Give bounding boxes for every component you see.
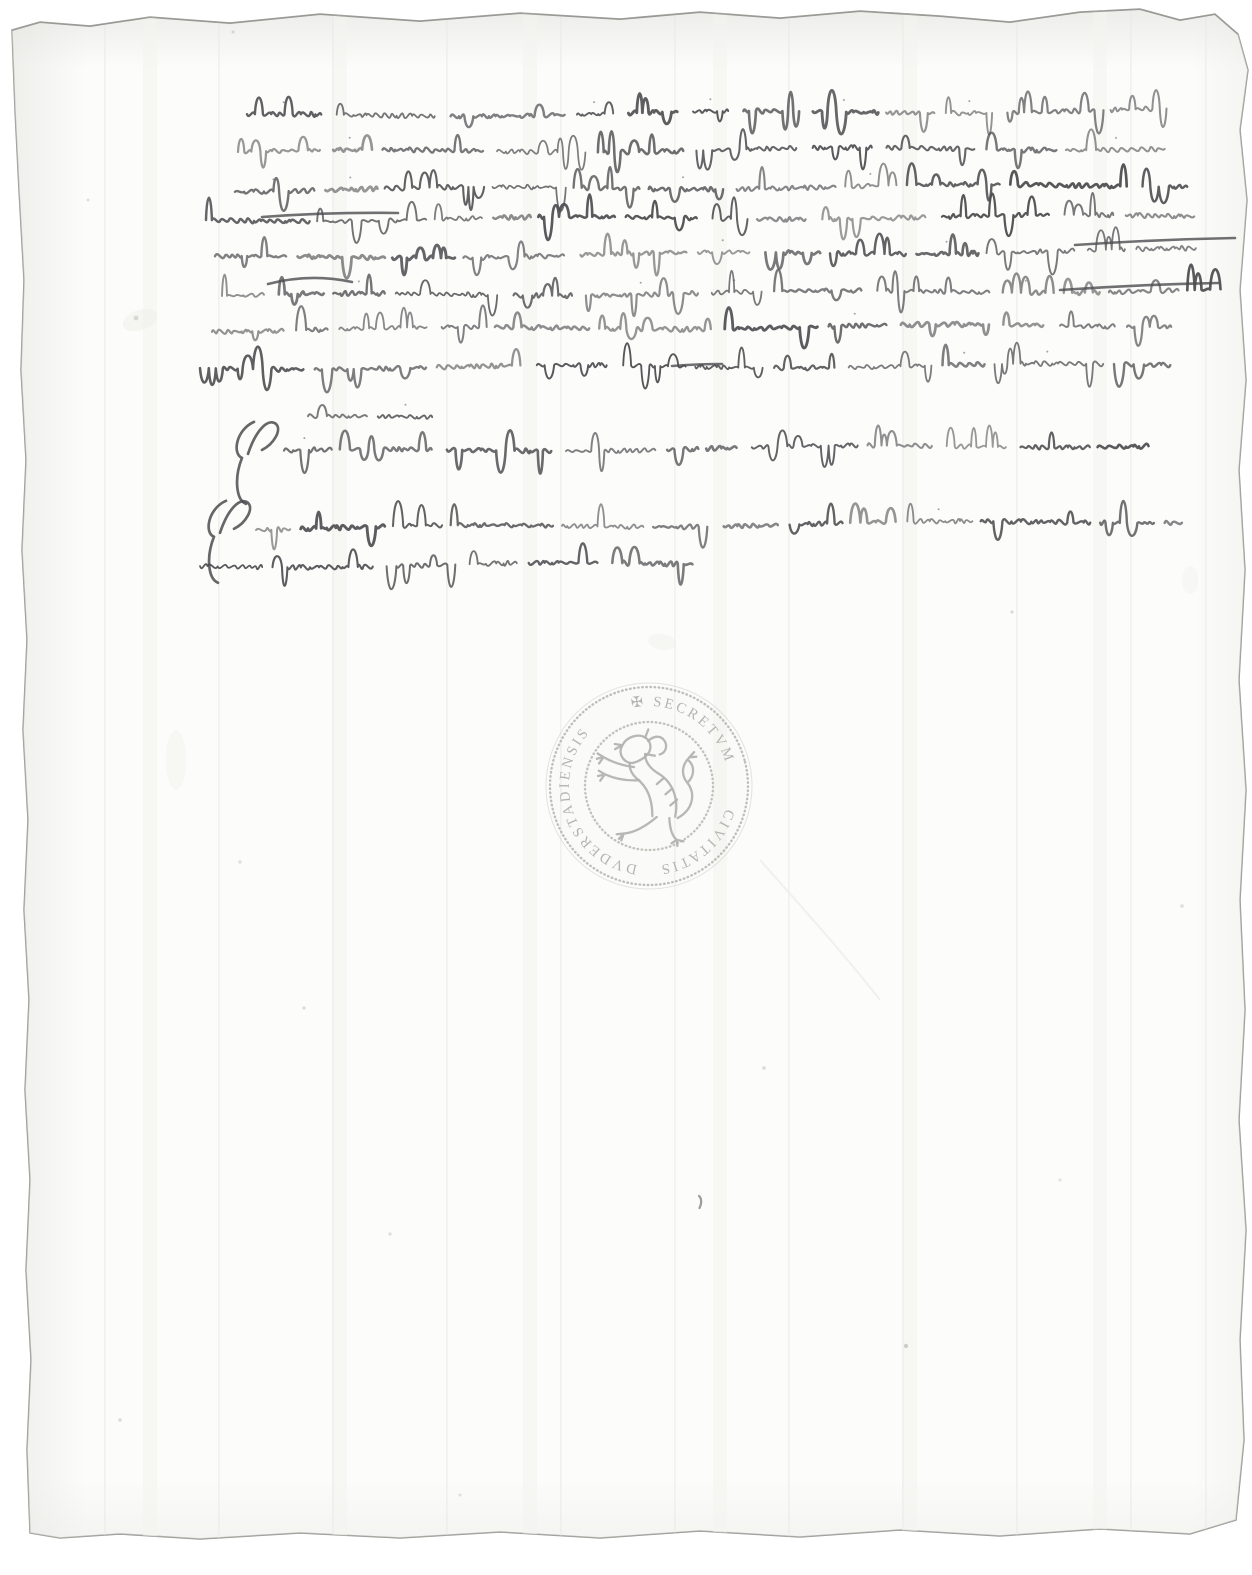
speck [388, 1232, 391, 1235]
speck [1180, 904, 1184, 908]
speck [1010, 610, 1013, 613]
speck [134, 316, 139, 321]
smudge [166, 730, 186, 790]
smudge [1182, 566, 1198, 594]
speck [904, 1344, 908, 1348]
speck [118, 1418, 121, 1421]
speck [1059, 1179, 1062, 1182]
speck [302, 1006, 305, 1009]
speck [459, 1494, 462, 1497]
speck [87, 199, 90, 202]
speck [232, 31, 235, 34]
manuscript-page: ✠ SECRETVM CIVITATIS DVDERSTADIENSIS [0, 0, 1252, 1575]
speck [238, 860, 242, 864]
manuscript-scan: ✠ SECRETVM CIVITATIS DVDERSTADIENSIS [0, 0, 1252, 1575]
speck [762, 1066, 766, 1070]
